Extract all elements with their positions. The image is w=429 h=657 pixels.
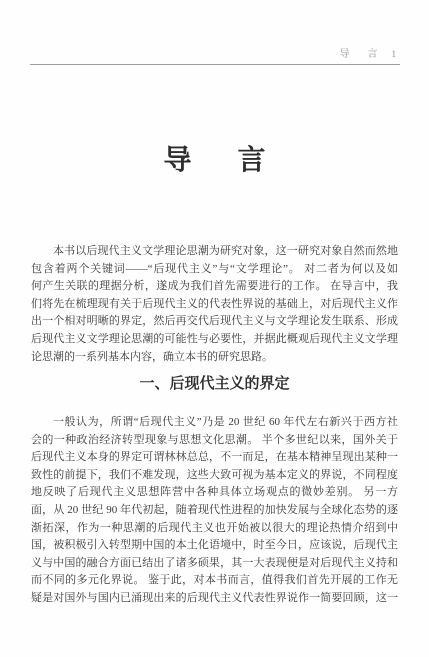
text-line: 地反映了后现代主义思想阵营中各种具体立场观点的微妙差别。 另一方 bbox=[31, 484, 398, 502]
running-header-char: 言 bbox=[368, 49, 378, 61]
paragraph-section-one: 一般认为，所谓“后现代主义”乃是 20 世纪 60 年代左右新兴于西方社会的一种… bbox=[31, 414, 398, 608]
running-header-char: 导 bbox=[340, 49, 350, 61]
text-line: 后现代主义文学理论思潮的可能性与必要性，并据此概观后现代主义文学理 bbox=[31, 331, 398, 349]
section-heading: 一、后现代主义的界定 bbox=[0, 374, 429, 394]
text-line: 渐拓深，作为一种思潮的后现代主义也开始被以很大的理论热情介绍到中 bbox=[31, 520, 398, 538]
text-line: 而不同的多元化界说。 鉴于此，对本书而言，值得我们首先开展的工作无 bbox=[31, 572, 398, 590]
text-line: 一般认为，所谓“后现代主义”乃是 20 世纪 60 年代左右新兴于西方社 bbox=[31, 414, 398, 432]
text-line: 后现代主义本身的界定可谓林林总总，不一而足，在基本精神呈现出某种一 bbox=[31, 449, 398, 467]
text-line: 疑是对国外与国内已涌现出来的后现代主义代表性界说作一简要回顾，这一 bbox=[31, 590, 398, 608]
text-line: 义与中国的融合方面已结出了诸多硕果，其一大表现便是对后现代主义持和 bbox=[31, 555, 398, 573]
running-header: 导 言 1 bbox=[340, 48, 397, 61]
text-line: 面，从 20 世纪 90 年代初起，随着现代性进程的加快发展与全球化态势的逐 bbox=[31, 502, 398, 520]
text-line: 出一个相对明晰的界定，然后再交代后现代主义与文学理论发生联系、形成 bbox=[31, 313, 398, 331]
text-line: 致性的前提下，我们不难发现，这些大致可视为基本定义的界说，不同程度 bbox=[31, 467, 398, 485]
chapter-title-char: 导 bbox=[163, 144, 191, 178]
text-line: 何产生关联的理据分析，遂成为我们首先需要进行的工作。 在导言中，我 bbox=[31, 278, 398, 296]
text-line: 会的一种政治经济转型现象与思想文化思潮。 半个多世纪以来，国外关于 bbox=[31, 432, 398, 450]
book-page: 导 言 1 导 言 本书以后现代主义文学理论思潮为研究对象，这一研究对象自然而然… bbox=[0, 0, 429, 657]
text-line: 们将先在梳理现有关于后现代主义的代表性界说的基础上，对后现代主义作 bbox=[31, 296, 398, 314]
text-line: 论思潮的一系列基本内容，确立本书的研究思路。 bbox=[31, 349, 398, 367]
chapter-title: 导 言 bbox=[0, 144, 429, 178]
text-line: 本书以后现代主义文学理论思潮为研究对象，这一研究对象自然而然地 bbox=[31, 243, 398, 261]
text-line: 包含着两个关键词——“后现代主义”与“文学理论”。 对二者为何以及如 bbox=[31, 261, 398, 279]
chapter-title-char: 言 bbox=[238, 144, 266, 178]
header-rule bbox=[30, 64, 400, 65]
text-line: 国，被积极引入转型期中国的本土化语境中，时至今日，应该说，后现代主 bbox=[31, 537, 398, 555]
page-number: 1 bbox=[392, 48, 397, 60]
paragraph-intro: 本书以后现代主义文学理论思潮为研究对象，这一研究对象自然而然地包含着两个关键词—… bbox=[31, 243, 398, 366]
